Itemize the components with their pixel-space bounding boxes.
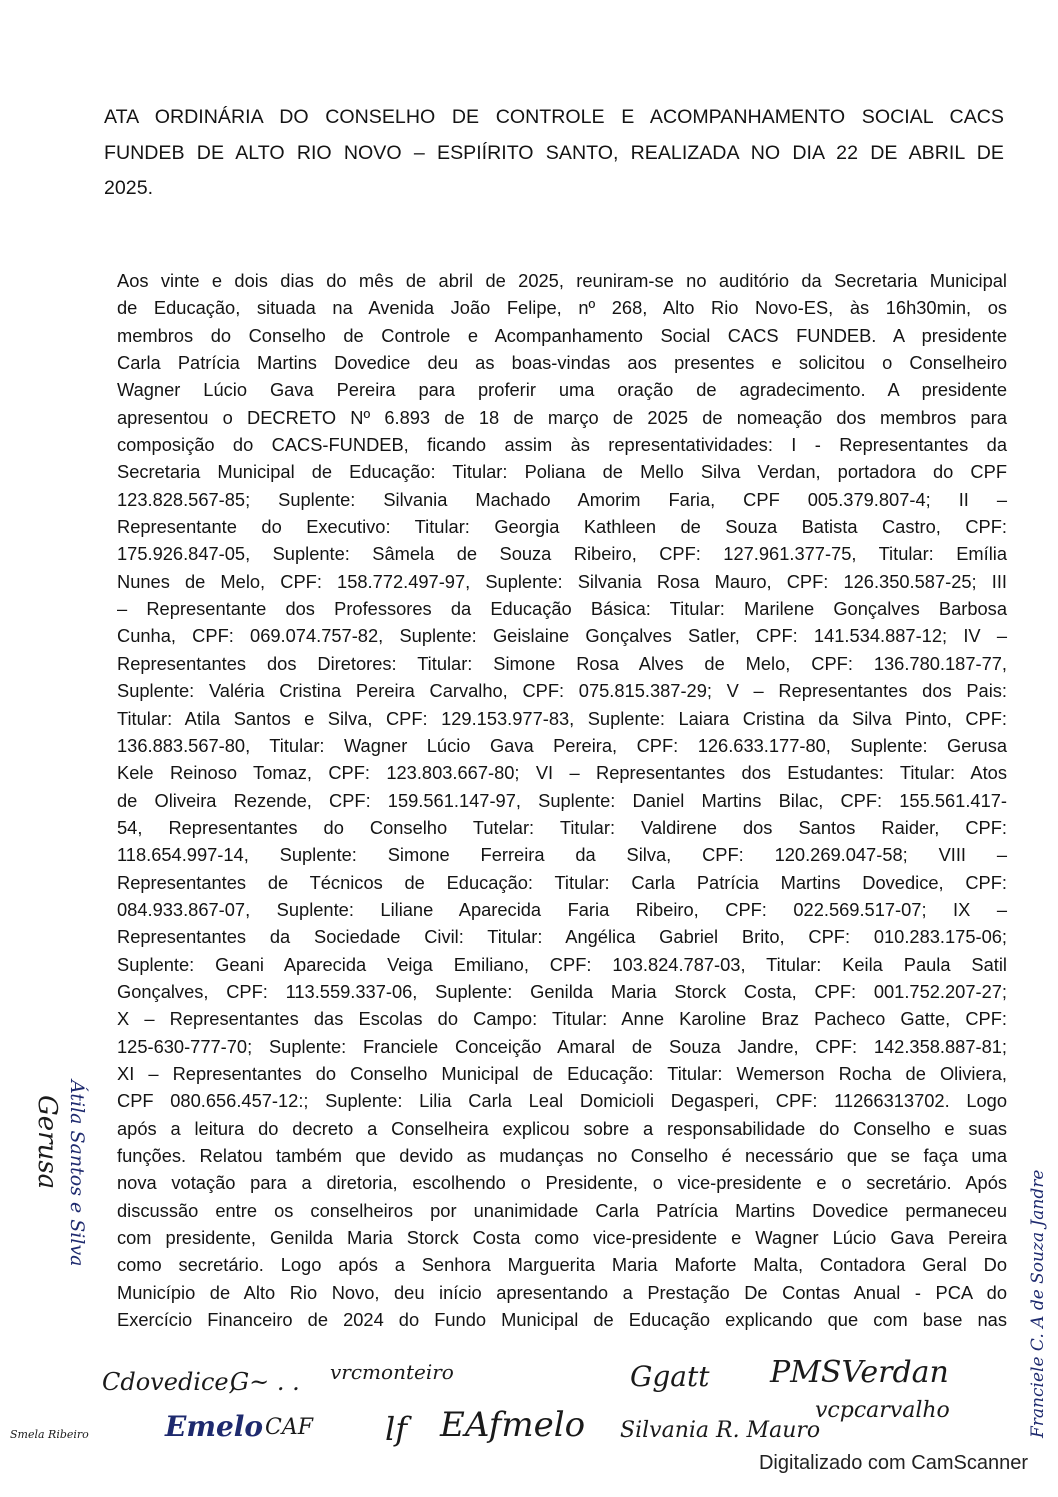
- signature: PMSVerdan: [770, 1355, 949, 1390]
- body-line: de Educação, situada na Avenida João Fel…: [117, 294, 1007, 321]
- signature: vcpcarvalho: [815, 1398, 950, 1423]
- signature: lf: [385, 1410, 407, 1448]
- body-line: Suplente: Valéria Cristina Pereira Carva…: [117, 677, 1007, 704]
- signature-right-margin: Franciele C. A de Souza Jandre: [1028, 1170, 1048, 1438]
- body-line: Nunes de Melo, CPF: 158.772.497-97, Supl…: [117, 568, 1007, 595]
- body-line: 118.654.997-14, Suplente: Simone Ferreir…: [117, 841, 1007, 868]
- signature: Cdovedice,: [102, 1368, 236, 1396]
- body-line: 084.933.867-07, Suplente: Liliane Aparec…: [117, 896, 1007, 923]
- body-line: Representantes de Técnicos de Educação: …: [117, 869, 1007, 896]
- body-line: Kele Reinoso Tomaz, CPF: 123.803.667-80;…: [117, 759, 1007, 786]
- body-line: Representantes da Sociedade Civil: Titul…: [117, 923, 1007, 950]
- signature: CAF: [265, 1415, 313, 1440]
- body-line: com presidente, Genilda Maria Storck Cos…: [117, 1224, 1007, 1251]
- document-title: ATA ORDINÁRIA DO CONSELHO DE CONTROLE E …: [104, 100, 1004, 207]
- body-line: Titular: Atila Santos e Silva, CPF: 129.…: [117, 705, 1007, 732]
- body-line: após a leitura do decreto a Conselheira …: [117, 1115, 1007, 1142]
- body-line: Suplente: Geani Aparecida Veiga Emiliano…: [117, 951, 1007, 978]
- body-line: Exercício Financeiro de 2024 do Fundo Mu…: [117, 1306, 1007, 1333]
- signature: Smela Ribeiro: [10, 1428, 89, 1441]
- body-line: 175.926.847-05, Suplente: Sâmela de Souz…: [117, 540, 1007, 567]
- signature: Silvania R. Mauro: [620, 1418, 820, 1443]
- body-line: membros do Conselho de Controle e Acompa…: [117, 322, 1007, 349]
- body-line: XI – Representantes do Conselho Municipa…: [117, 1060, 1007, 1087]
- body-line: apresentou o DECRETO Nº 6.893 de 18 de m…: [117, 404, 1007, 431]
- camscanner-watermark: Digitalizado com CamScanner: [759, 1452, 1028, 1475]
- signature-left-margin-1: Átila Santos e Silva: [66, 1080, 88, 1267]
- signature: G~ . .: [230, 1368, 300, 1396]
- signature: Ggatt: [630, 1360, 710, 1393]
- body-line: composição do CACS-FUNDEB, ficando assim…: [117, 431, 1007, 458]
- title-line: 2025.: [104, 171, 1004, 207]
- body-line: como secretário. Logo após a Senhora Mar…: [117, 1251, 1007, 1278]
- body-line: funções. Relatou também que devido as mu…: [117, 1142, 1007, 1169]
- body-line: 136.883.567-80, Titular: Wagner Lúcio Ga…: [117, 732, 1007, 759]
- body-line: 125-630-777-70; Suplente: Franciele Conc…: [117, 1033, 1007, 1060]
- signature-left-margin-2: Gerusa: [32, 1095, 62, 1189]
- document-body: Aos vinte e dois dias do mês de abril de…: [117, 267, 1007, 1333]
- body-line: 54, Representantes do Conselho Tutelar: …: [117, 814, 1007, 841]
- title-line: ATA ORDINÁRIA DO CONSELHO DE CONTROLE E …: [104, 100, 1004, 136]
- body-line: discussão entre os conselheiros por unan…: [117, 1197, 1007, 1224]
- body-line: Cunha, CPF: 069.074.757-82, Suplente: Ge…: [117, 622, 1007, 649]
- body-line: Representantes dos Diretores: Titular: S…: [117, 650, 1007, 677]
- signature: vrcmonteiro: [330, 1360, 454, 1384]
- body-line: 123.828.567-85; Suplente: Silvania Macha…: [117, 486, 1007, 513]
- body-line: nova votação para a diretoria, escolhend…: [117, 1169, 1007, 1196]
- title-line: FUNDEB DE ALTO RIO NOVO – ESPIÍRITO SANT…: [104, 136, 1004, 172]
- body-line: Representante do Executivo: Titular: Geo…: [117, 513, 1007, 540]
- body-line: de Oliveira Rezende, CPF: 159.561.147-97…: [117, 787, 1007, 814]
- signature: EAfmelo: [440, 1405, 585, 1445]
- body-line: CPF 080.656.457-12:; Suplente: Lilia Car…: [117, 1087, 1007, 1114]
- signature: Emelo: [165, 1410, 263, 1443]
- body-line: Wagner Lúcio Gava Pereira para proferir …: [117, 376, 1007, 403]
- body-line: Gonçalves, CPF: 113.559.337-06, Suplente…: [117, 978, 1007, 1005]
- body-line: – Representante dos Professores da Educa…: [117, 595, 1007, 622]
- body-line: Carla Patrícia Martins Dovedice deu as b…: [117, 349, 1007, 376]
- body-line: Aos vinte e dois dias do mês de abril de…: [117, 267, 1007, 294]
- body-line: X – Representantes das Escolas do Campo:…: [117, 1005, 1007, 1032]
- body-line: Município de Alto Rio Novo, deu início a…: [117, 1279, 1007, 1306]
- body-line: Secretaria Municipal de Educação: Titula…: [117, 458, 1007, 485]
